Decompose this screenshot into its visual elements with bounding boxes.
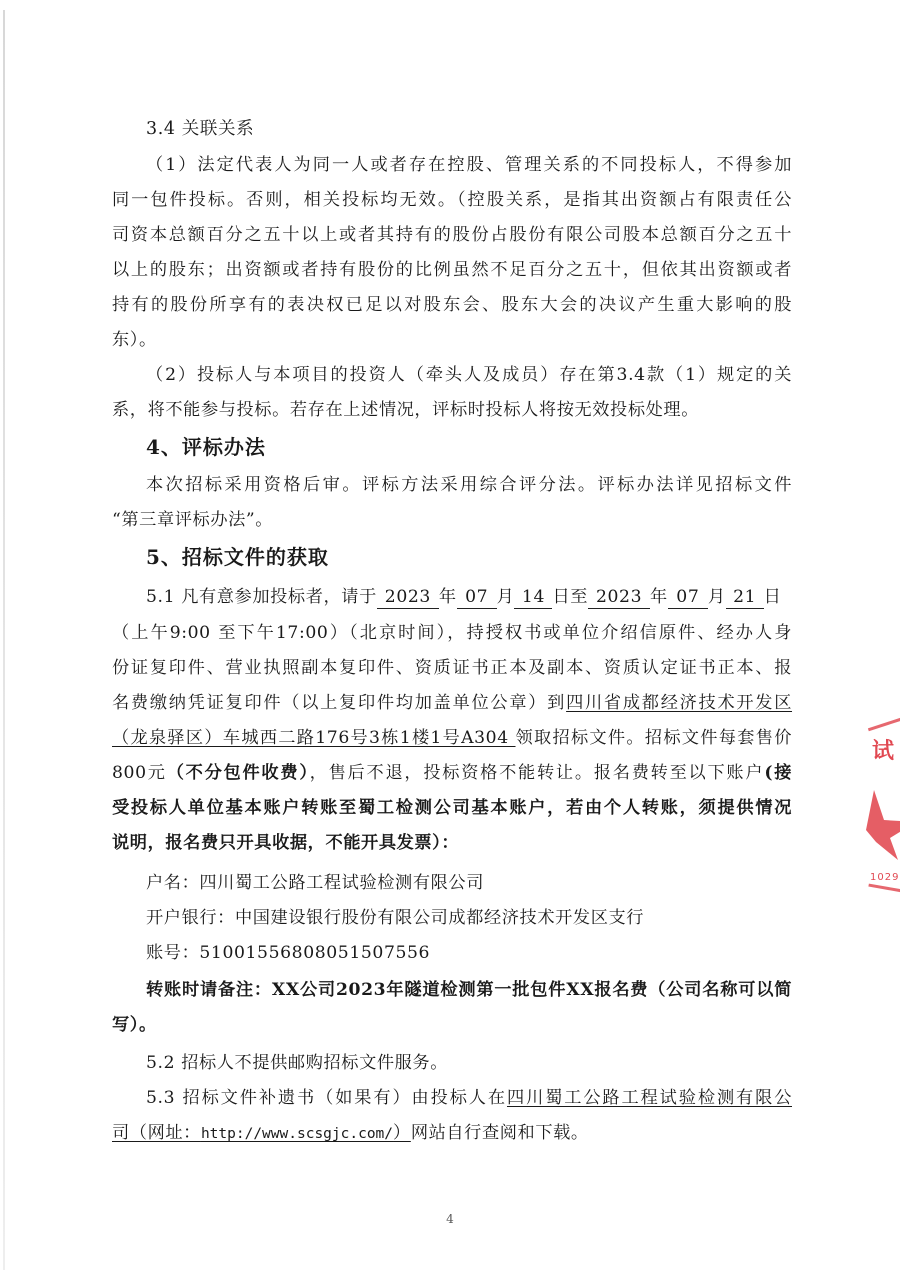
item-5-1-line6-bold: (接 <box>764 763 792 783</box>
start-day-field: 14 <box>514 586 552 609</box>
end-day-field: 21 <box>726 586 764 609</box>
item-5-1-line6-text: ，售后不退，投标资格不能转让。报名费转至以下账户 <box>310 763 765 783</box>
section-3-4-para1-line: 同一包件投标。否则，相关投标均无效。（控股关系，是指其出资额占有限责任公 <box>112 183 792 217</box>
price-note: （不分包件收费） <box>167 763 310 783</box>
account-name-value: 四川蜀工公路工程试验检测有限公司 <box>199 873 484 893</box>
seal-text: 试 <box>872 734 894 765</box>
item-5-3-prefix: 5.3 招标文件补遗书（如果有）由投标人在 <box>146 1088 507 1108</box>
section-5-heading: 5、招标文件的获取 <box>146 540 792 574</box>
section-3-4-para1-line: 东）。 <box>112 323 792 357</box>
address-link-part1: 四川省成都经济技术开发区 <box>566 693 792 713</box>
section-3-4-para1-line: 司资本总额百分之五十以上或者其持有的股份占股份有限公司股本总额百分之五十 <box>112 218 792 252</box>
item-5-1-line: （上午9:00 至下午17:00）（北京时间），持授权书或单位介绍信原件、经办人… <box>112 616 792 650</box>
section-3-4-heading: 3.4 关联关系 <box>146 112 792 146</box>
item-5-3-line: 司（网址：http://www.scsgjc.com/）网站自行查阅和下载。 <box>112 1116 792 1150</box>
month-label: 月 <box>497 587 515 607</box>
year-label: 年 <box>439 587 457 607</box>
item-5-1-line4-text: 名费缴纳凭证复印件（以上复印件均加盖单位公章）到 <box>112 693 566 713</box>
end-month-field: 07 <box>668 586 708 609</box>
start-month-field: 07 <box>457 586 497 609</box>
account-bank-value: 中国建设银行股份有限公司成都经济技术开发区支行 <box>235 908 644 928</box>
item-5-1-line: 名费缴纳凭证复印件（以上复印件均加盖单位公章）到四川省成都经济技术开发区 <box>112 686 792 720</box>
item-5-1-prefix: 5.1 凡有意参加投标者，请于 <box>146 587 377 607</box>
item-5-1-line: 受投标人单位基本账户转账至蜀工检测公司基本账户，若由个人转账，须提供情况 <box>112 791 792 825</box>
item-5-1-date-line: 5.1 凡有意参加投标者，请于2023年07月14日至2023年07月21日 <box>146 580 792 614</box>
item-5-2: 5.2 招标人不提供邮购招标文件服务。 <box>146 1046 792 1080</box>
day-label: 日 <box>764 587 782 607</box>
account-bank-label: 开户银行： <box>146 908 235 928</box>
page-number: 4 <box>0 1212 900 1226</box>
section-3-4-para1-line: （1）法定代表人为同一人或者存在控股、管理关系的不同投标人，不得参加 <box>146 148 792 182</box>
website-url-link[interactable]: http://www.scsgjc.com/ <box>201 1126 393 1142</box>
item-5-3-line: 5.3 招标文件补遗书（如果有）由投标人在四川蜀工公路工程试验检测有限公 <box>146 1081 792 1115</box>
item-5-1-line: 800元（不分包件收费），售后不退，投标资格不能转让。报名费转至以下账户(接 <box>112 756 792 790</box>
page-edge-shadow <box>3 10 5 1270</box>
item-5-1-line5-text: 领取招标文件。招标文件每套售价 <box>516 728 792 748</box>
section-3-4-para1-line: 持有的股份所享有的表决权已足以对股东会、股东大会的决议产生重大影响的股 <box>112 288 792 322</box>
start-year-field: 2023 <box>377 586 439 609</box>
company-seal-stamp: 试 1029 <box>864 712 900 892</box>
account-number-label: 账号： <box>146 943 199 963</box>
day-to-label: 日至 <box>552 587 588 607</box>
section-3-4-para2-line: （2）投标人与本项目的投资人（牵头人及成员）存在第3.4款（1）规定的关 <box>146 358 792 392</box>
account-bank-row: 开户银行：中国建设银行股份有限公司成都经济技术开发区支行 <box>146 901 792 935</box>
item-5-1-line: （龙泉驿区）车城西二路176号3栋1楼1号A304 领取招标文件。招标文件每套售… <box>112 721 792 755</box>
section-4-line: 本次招标采用资格后审。评标方法采用综合评分法。评标办法详见招标文件 <box>146 468 792 502</box>
transfer-remark-line: 写）。 <box>112 1008 792 1042</box>
section-3-4-para2-line: 系，将不能参与投标。若存在上述情况，评标时投标人将按无效投标处理。 <box>112 393 792 427</box>
company-website-link[interactable]: 四川蜀工公路工程试验检测有限公 <box>507 1088 792 1108</box>
seal-arc <box>868 716 900 735</box>
price-value: 800元 <box>112 763 167 783</box>
account-name-row: 户名：四川蜀工公路工程试验检测有限公司 <box>146 866 792 900</box>
account-number-value: 51001556808051507556 <box>199 943 430 963</box>
year-label: 年 <box>650 587 668 607</box>
seal-star-icon <box>866 790 900 860</box>
seal-arc <box>868 884 900 898</box>
month-label: 月 <box>708 587 726 607</box>
item-5-3-suffix: 网站自行查阅和下载。 <box>411 1123 589 1143</box>
account-name-label: 户名： <box>146 873 199 893</box>
end-year-field: 2023 <box>588 586 650 609</box>
section-4-line: “第三章评标办法”。 <box>112 503 792 537</box>
section-4-heading: 4、评标办法 <box>146 430 792 464</box>
item-5-1-line: 份证复印件、营业执照副本复印件、资质证书正本及副本、资质认定证书正本、报 <box>112 651 792 685</box>
seal-code: 1029 <box>870 872 899 883</box>
transfer-remark-line: 转账时请备注：XX公司2023年隧道检测第一批包件XX报名费（公司名称可以简 <box>146 973 792 1007</box>
company-website-link-cont[interactable]: 司（网址： <box>112 1123 201 1143</box>
account-number-row: 账号：51001556808051507556 <box>146 936 792 970</box>
address-link-part2: （龙泉驿区）车城西二路176号3栋1楼1号A304 <box>112 728 516 748</box>
website-link-close: ） <box>393 1123 411 1143</box>
item-5-1-line: 说明，报名费只开具收据，不能开具发票）： <box>112 826 792 860</box>
section-3-4-para1-line: 以上的股东；出资额或者持有股份的比例虽然不足百分之五十，但依其出资额或者 <box>112 253 792 287</box>
